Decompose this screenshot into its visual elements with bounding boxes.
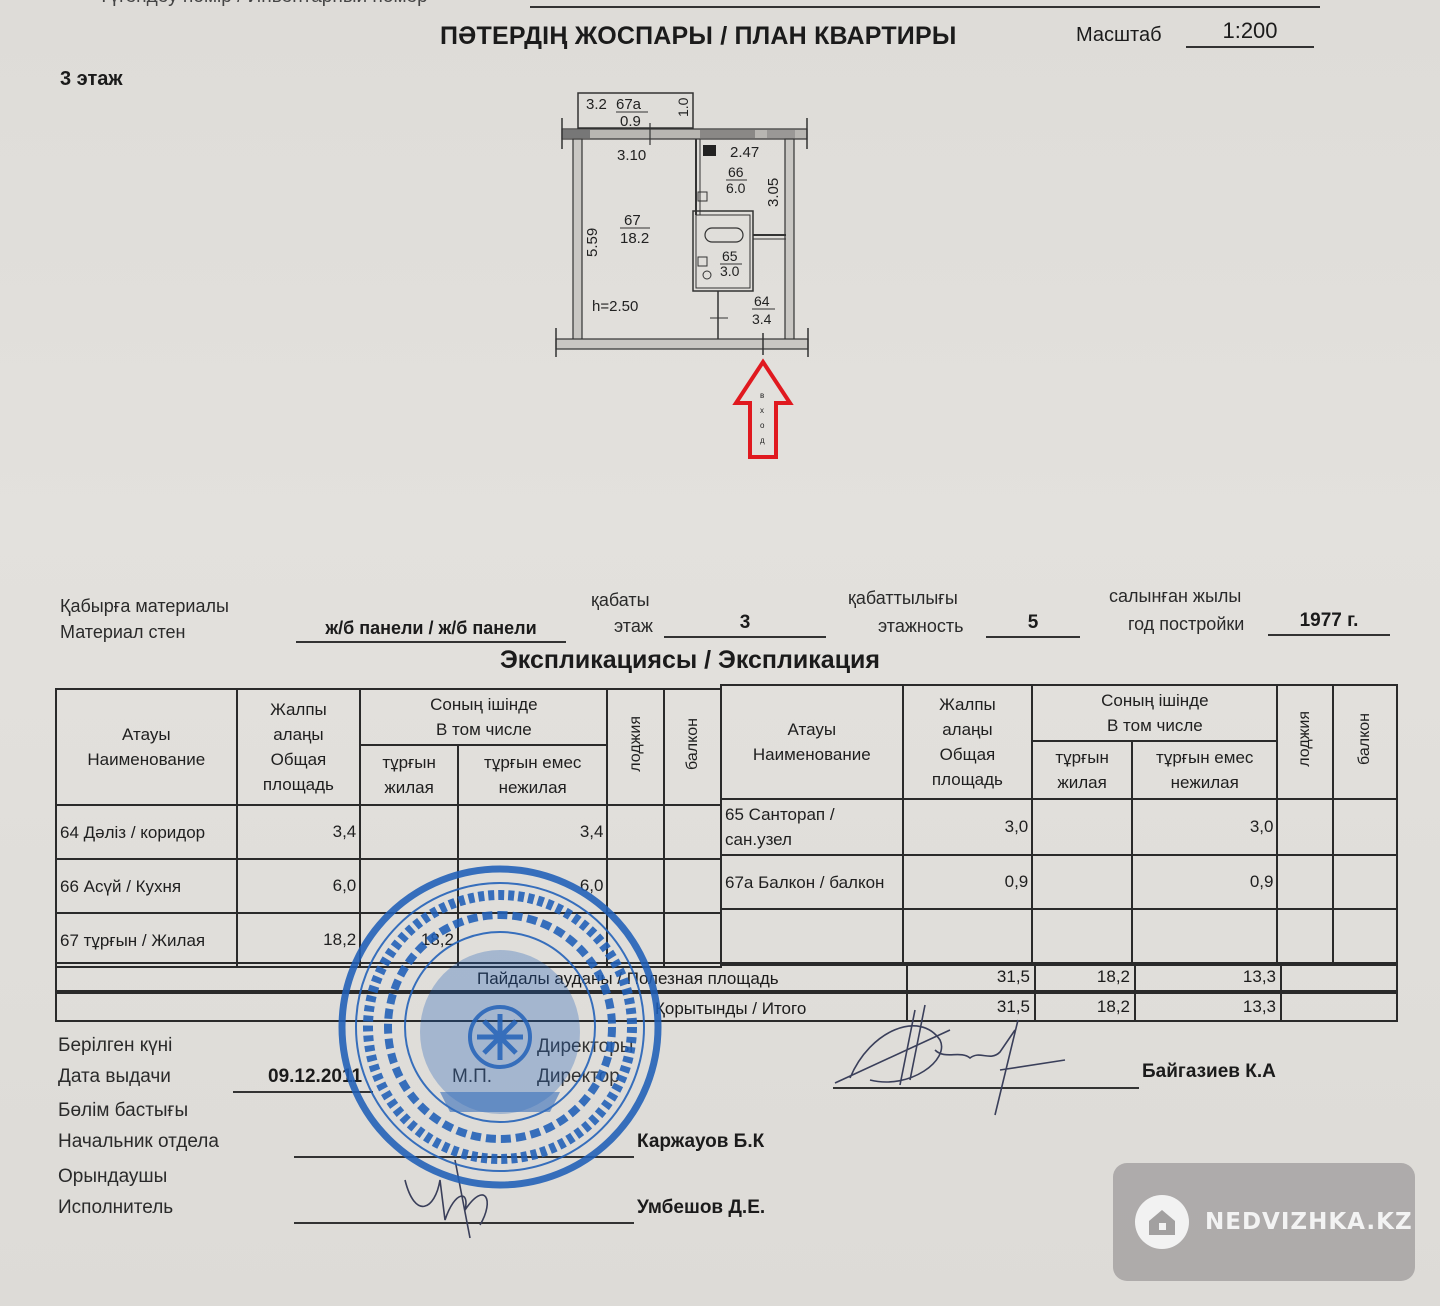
room-living-area [1032,909,1132,965]
room-living-area [1032,855,1132,909]
inventory-number-label: Түгендеу нөмір / Инвентарный номер [98,0,428,8]
header-name: АтауыНаименование [721,685,903,799]
wall-material-label-ru: Материал стен [60,622,185,643]
room-balcony-area [1333,909,1397,965]
year-value: 1977 г. [1268,610,1390,636]
director-signature [830,990,1070,1120]
floor-plan-drawing: 3.2 67a 0.9 1.0 3.10 2.47 66 6.0 3.05 5.… [550,85,820,465]
room-name: 66 Асүй / Кухня [56,859,237,913]
room-name: 67 тұрғын / Жилая [56,913,237,967]
room-name: 64 Дәліз / коридор [56,805,237,859]
floor-label-ru: этаж [614,616,653,637]
scale-label: Масштаб [1076,24,1162,47]
year-label-kz: салынған жылы [1109,586,1241,607]
room-loggia-area [1277,909,1333,965]
room-nonliving-area: 3,0 [1132,799,1278,855]
svg-text:64: 64 [754,293,770,309]
room-balcony-area [664,805,721,859]
room-name: 65 Санторап / сан.узел [721,799,903,855]
svg-text:6.0: 6.0 [726,180,746,196]
header-total: ЖалпыалаңыОбщаяплощадь [237,689,361,805]
storeys-label-ru: этажность [878,616,963,637]
issue-date-label-ru: Дата выдачи [58,1066,171,1088]
table-row [721,909,1397,965]
header-including: Соның ішіндеВ том числе [360,689,607,745]
svg-text:2.47: 2.47 [730,144,759,161]
useful-area-living: 18,2 [1034,964,1134,990]
svg-text:1.0: 1.0 [675,97,691,117]
svg-text:65: 65 [722,248,738,264]
floor-value: 3 [664,612,826,638]
svg-text:h=2.50: h=2.50 [592,298,638,315]
executor-label-ru: Исполнитель [58,1197,173,1219]
room-name: 67а Балкон / балкон [721,855,903,909]
header-balcony: балкон [664,689,721,805]
dept-head-label-ru: Начальник отдела [58,1131,219,1153]
grand-total-row: Қорытынды / Итого 31,5 18,2 13,3 [55,992,1398,1022]
room-balcony-area [1333,855,1397,909]
header-name: АтауыНаименование [56,689,237,805]
table-row: 65 Санторап / сан.узел3,03,0 [721,799,1397,855]
wall-material-value: ж/б панели / ж/б панели [296,618,566,643]
year-label-ru: год постройки [1128,614,1244,635]
room-loggia-area [607,805,664,859]
svg-text:д: д [760,436,765,445]
svg-text:3.2: 3.2 [586,96,607,113]
svg-text:о: о [760,421,765,430]
room-nonliving-area: 3,4 [458,805,607,859]
executor-label-kz: Орындаушы [58,1166,167,1188]
room-loggia-area [1277,799,1333,855]
svg-text:в: в [760,391,764,400]
room-total-area: 0,9 [903,855,1033,909]
header-loggia: лоджия [1277,685,1333,799]
useful-area-total: 31,5 [906,964,1034,990]
room-balcony-area [664,913,721,967]
header-total: ЖалпыалаңыОбщаяплощадь [903,685,1033,799]
room-total-area [903,909,1033,965]
table-row: 64 Дәліз / коридор3,43,4 [56,805,721,859]
header-nonliving: тұрғын емеснежилая [458,745,607,805]
header-balcony: балкон [1333,685,1397,799]
floor-label: 3 этаж [60,68,123,91]
svg-text:18.2: 18.2 [620,230,649,247]
svg-text:66: 66 [728,164,744,180]
grand-total-label: Қорытынды / Итого [655,999,806,1019]
explication-table-right: АтауыНаименование ЖалпыалаңыОбщаяплощадь… [720,684,1398,966]
dept-head-label-kz: Бөлім бастығы [58,1100,188,1122]
executor-name: Умбешов Д.Е. [637,1197,765,1219]
floor-plan: 3.2 67a 0.9 1.0 3.10 2.47 66 6.0 3.05 5.… [550,85,820,465]
header-including: Соның ішіндеВ том числе [1032,685,1277,741]
svg-text:5.59: 5.59 [584,228,601,257]
wall-material-label-kz: Қабырға материалы [60,596,229,617]
svg-text:3.4: 3.4 [752,311,772,327]
room-nonliving-area: 0,9 [1132,855,1278,909]
useful-area-nonliving: 13,3 [1134,964,1280,990]
official-stamp-icon [335,862,665,1192]
svg-text:3.05: 3.05 [765,178,782,207]
room-living-area [360,805,458,859]
storeys-value: 5 [986,612,1080,638]
room-total-area: 3,4 [237,805,361,859]
watermark-badge: NEDVIZHKA.KZ [1113,1163,1415,1281]
useful-area-row: Пайдалы ауданы / Полезная площадь 31,5 1… [55,962,1398,992]
page-title: ПӘТЕРДІҢ ЖОСПАРЫ / ПЛАН КВАРТИРЫ [440,22,957,51]
room-living-area [1032,799,1132,855]
room-balcony-area [664,859,721,913]
floor-label-kz: қабаты [591,590,650,611]
room-loggia-area [1277,855,1333,909]
room-total-area: 3,0 [903,799,1033,855]
header-loggia: лоджия [607,689,664,805]
svg-text:67: 67 [624,212,641,229]
inventory-number-line [530,6,1320,8]
room-name [721,909,903,965]
svg-text:3.10: 3.10 [617,147,646,164]
room-balcony-area [1333,799,1397,855]
director-name: Байгазиев К.А [1142,1061,1276,1083]
storeys-label-kz: қабаттылығы [848,588,958,609]
header-living: тұрғынжилая [360,745,458,805]
balcony-id: 67a [616,96,642,113]
scale-value: 1:200 [1186,18,1314,48]
room-nonliving-area [1132,909,1278,965]
svg-text:3.0: 3.0 [720,263,740,279]
house-icon [1135,1195,1189,1249]
table-row: 67а Балкон / балкон0,90,9 [721,855,1397,909]
svg-text:х: х [760,406,764,415]
issue-date-label-kz: Берілген күні [58,1035,172,1057]
svg-text:0.9: 0.9 [620,113,641,130]
explication-title: Экспликациясы / Экспликация [500,646,880,675]
header-living: тұрғынжилая [1032,741,1132,799]
document-page: Түгендеу нөмір / Инвентарный номер ПӘТЕР… [0,0,1440,1306]
watermark-text: NEDVIZHKA.KZ [1205,1209,1413,1235]
grand-total-nonliving: 13,3 [1134,994,1280,1020]
header-nonliving: тұрғын емеснежилая [1132,741,1278,799]
